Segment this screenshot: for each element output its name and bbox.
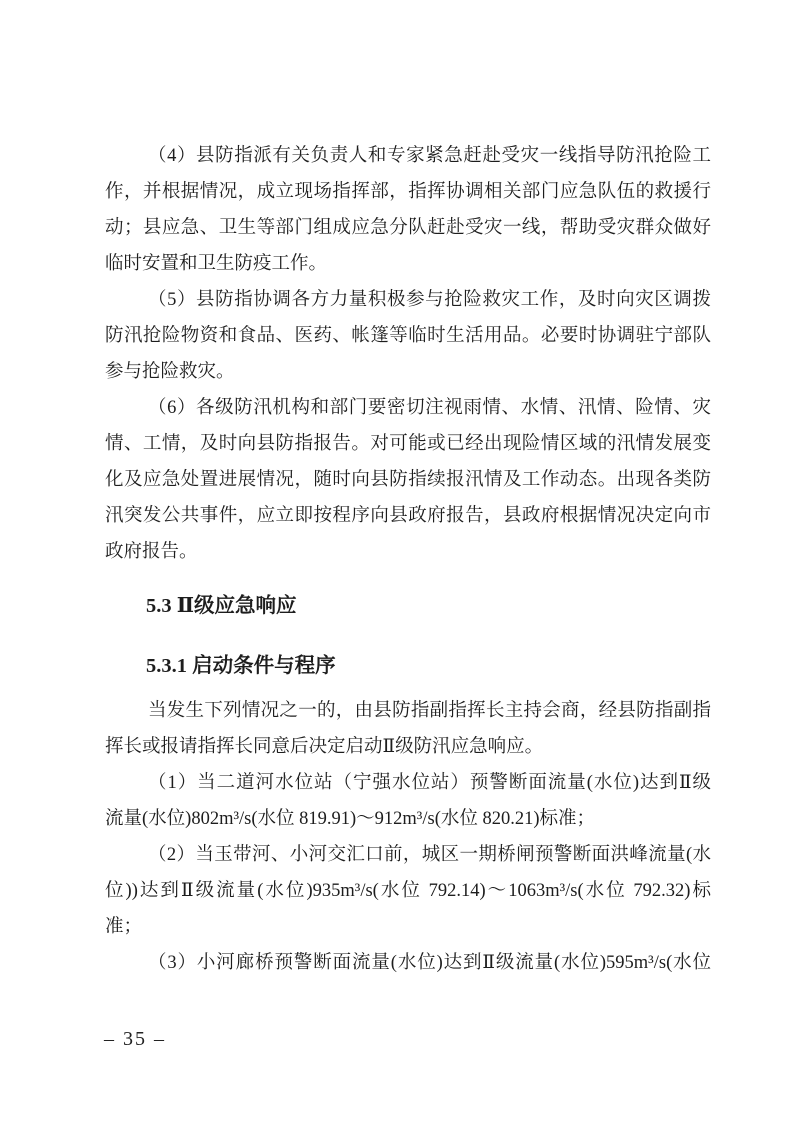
paragraph-4-line-4: 临时安置和卫生防疫工作。 [105, 246, 711, 282]
intro-line-2: 挥长或报请指挥长同意后决定启动Ⅱ级防汛应急响应。 [105, 729, 711, 765]
item-1-line-1: （1）当二道河水位站（宁强水位站）预警断面流量(水位)达到Ⅱ级 [105, 765, 711, 801]
intro-line-1: 当发生下列情况之一的，由县防指副指挥长主持会商，经县防指副指 [105, 693, 711, 729]
item-2-line-1: （2）当玉带河、小河交汇口前，城区一期桥闸预警断面洪峰流量(水 [105, 837, 711, 873]
item-3-line-1: （3）小河廊桥预警断面流量(水位)达到Ⅱ级流量(水位)595m³/s(水位 [105, 945, 711, 981]
paragraph-5-line-3: 参与抢险救灾。 [105, 354, 711, 390]
item-1-line-2: 流量(水位)802m³/s(水位 819.91)～912m³/s(水位 820.… [105, 801, 711, 837]
item-2-line-2: 位))达到Ⅱ级流量(水位)935m³/s(水位 792.14)～1063m³/s… [105, 873, 711, 909]
paragraph-6-line-5: 政府报告。 [105, 534, 711, 570]
paragraph-6-line-1: （6）各级防汛机构和部门要密切注视雨情、水情、汛情、险情、灾 [105, 390, 711, 426]
text-column: （4）县防指派有关负责人和专家紧急赶赴受灾一线指导防汛抢险工 作，并根据情况，成… [105, 138, 711, 981]
paragraph-5-line-1: （5）县防指协调各方力量积极参与抢险救灾工作，及时向灾区调拨 [105, 282, 711, 318]
document-page: （4）县防指派有关负责人和专家紧急赶赴受灾一线指导防汛抢险工 作，并根据情况，成… [0, 0, 793, 1122]
section-heading-5-3: 5.3 Ⅱ级应急响应 [105, 588, 711, 624]
paragraph-6-line-4: 汛突发公共事件，应立即按程序向县政府报告，县政府根据情况决定向市 [105, 498, 711, 534]
page-number: – 35 – [104, 1028, 166, 1051]
item-2-line-3: 准； [105, 909, 711, 945]
paragraph-6-line-3: 化及应急处置进展情况，随时向县防指续报汛情及工作动态。出现各类防 [105, 462, 711, 498]
paragraph-5-line-2: 防汛抢险物资和食品、医药、帐篷等临时生活用品。必要时协调驻宁部队 [105, 318, 711, 354]
section-heading-5-3-1: 5.3.1 启动条件与程序 [105, 648, 711, 684]
paragraph-4-line-2: 作，并根据情况，成立现场指挥部，指挥协调相关部门应急队伍的救援行 [105, 174, 711, 210]
paragraph-4-line-3: 动；县应急、卫生等部门组成应急分队赶赴受灾一线，帮助受灾群众做好 [105, 210, 711, 246]
paragraph-6-line-2: 情、工情，及时向县防指报告。对可能或已经出现险情区域的汛情发展变 [105, 426, 711, 462]
paragraph-4-line-1: （4）县防指派有关负责人和专家紧急赶赴受灾一线指导防汛抢险工 [105, 138, 711, 174]
